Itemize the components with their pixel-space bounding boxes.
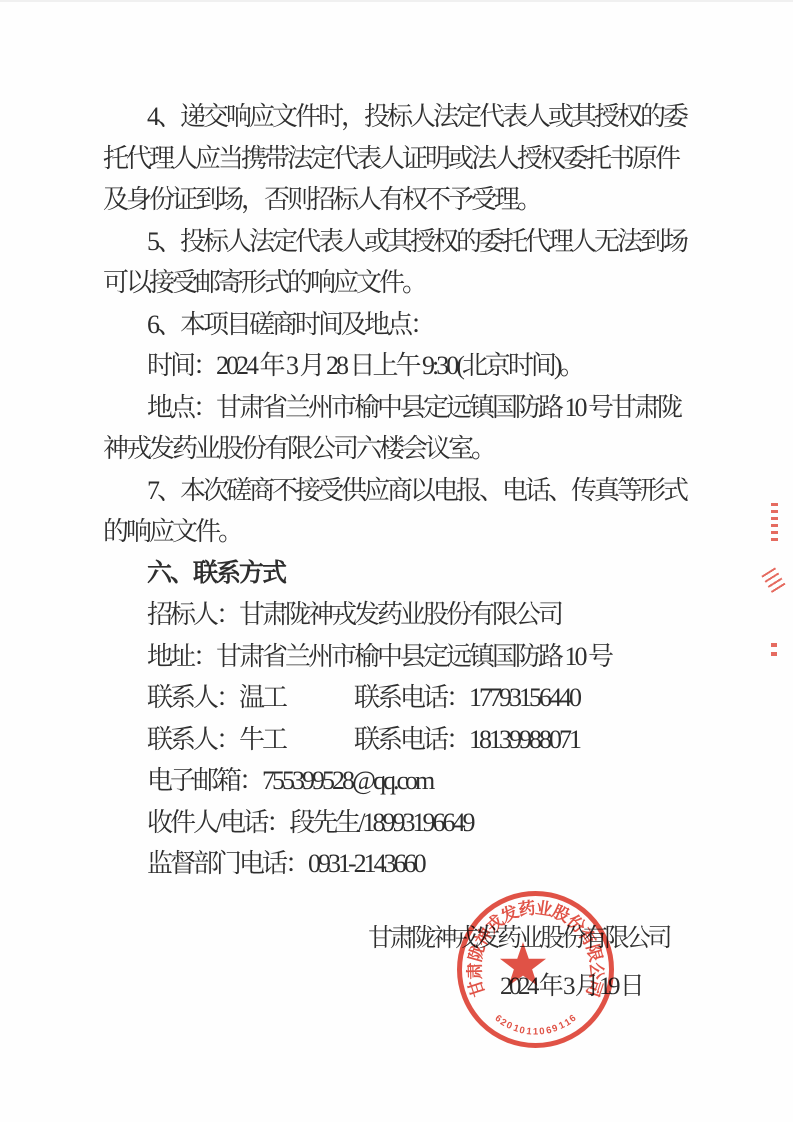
scanned-document-page: 4、递交响应文件时，投标人法定代表人或其授权的委 托代理人应当携带法定代表人证明… [0,0,793,1122]
section-heading-contact: 六、联系方式 [103,553,707,595]
paragraph-line: 可以接受邮寄形式的响应文件。 [103,262,707,304]
tenderer-line: 招标人：甘肃陇神戎发药业股份有限公司 [103,594,707,636]
company-seal: 甘肃陇神戎发药业股份有限公司 6201011069116 [457,891,614,1048]
paragraph-line: 托代理人应当携带法定代表人证明或法人授权委托书原件 [103,138,707,180]
contact-line: 联系人：温工 联系电话：17793156440 [103,677,707,719]
paragraph-line: 的响应文件。 [103,511,707,553]
supervision-phone-line: 监督部门电话：0931-2143660 [103,843,707,885]
contact-line: 联系人：牛工 联系电话：18139988071 [103,719,707,761]
paragraph-line: 6、本项目磋商时间及地点： [103,304,707,346]
red-edge-mark-icon [761,567,786,594]
email-line: 电子邮箱：755399528@qq.com [103,760,707,802]
red-edge-mark-icon [771,503,778,541]
meeting-place-line: 神戎发药业股份有限公司六楼会议室。 [103,428,707,470]
paragraph-line: 4、递交响应文件时，投标人法定代表人或其授权的委 [103,96,707,138]
address-line: 地址：甘肃省兰州市榆中县定远镇国防路 10 号 [103,636,707,678]
seal-code-digit: 1 [533,1027,538,1037]
red-edge-mark-icon [771,643,777,659]
meeting-time-line: 时间：2024 年 3 月 28 日上午 9:30(北京时间)。 [103,345,707,387]
seal-arc-char: 肃 [466,962,483,979]
document-body: 4、递交响应文件时，投标人法定代表人或其授权的委 托代理人应当携带法定代表人证明… [103,96,707,885]
paragraph-line: 及身份证到场，否则招标人有权不予受理。 [103,179,707,221]
paragraph-line: 5、投标人法定代表人或其授权的委托代理人无法到场 [103,221,707,263]
seal-code-digit: 1 [526,1027,532,1037]
meeting-place-line: 地点：甘肃省兰州市榆中县定远镇国防路 10 号甘肃陇 [103,387,707,429]
paragraph-line: 7、本次磋商不接受供应商以电报、电话、传真等形式 [103,470,707,512]
recipient-line: 收件人/电话：段先生/18993196649 [103,802,707,844]
